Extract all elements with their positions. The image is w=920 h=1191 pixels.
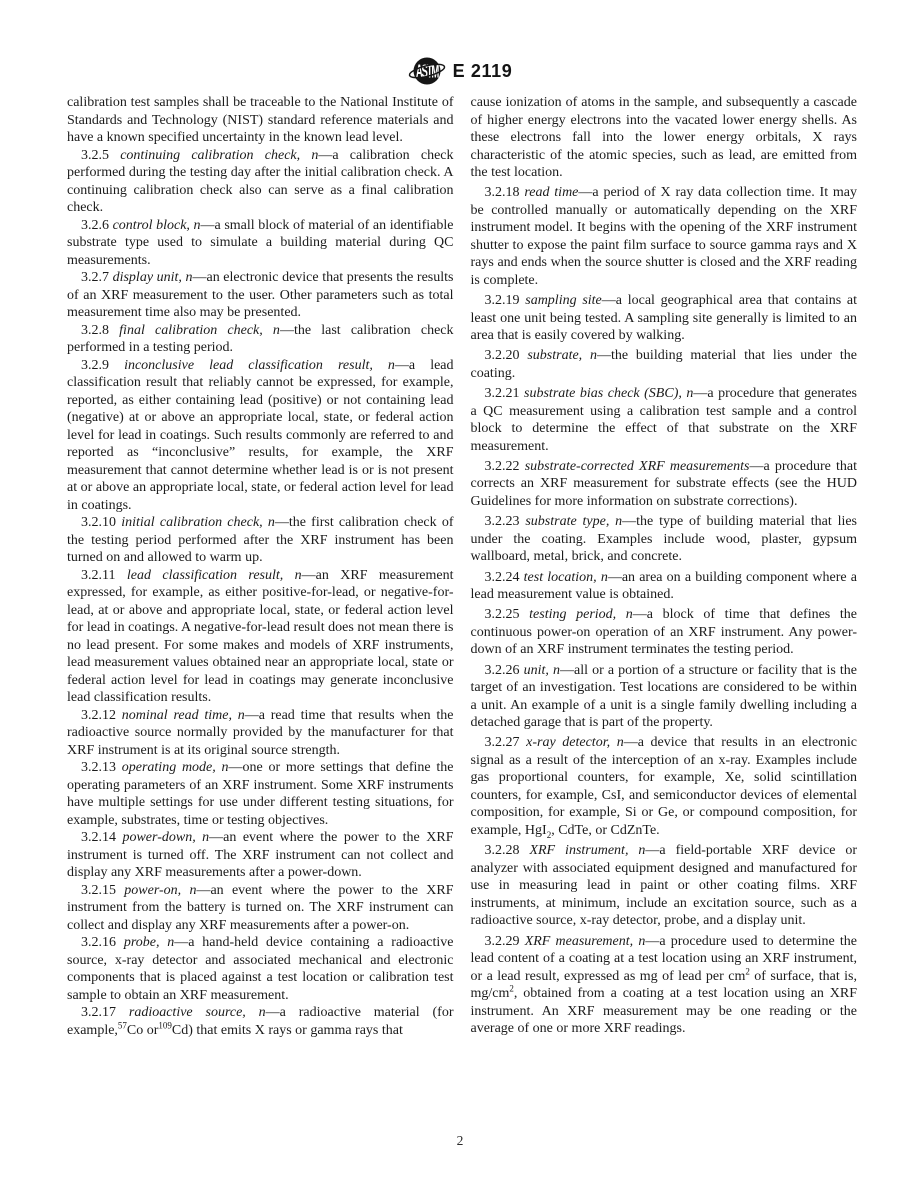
paragraph: 3.2.20 substrate, n—the building materia… bbox=[471, 347, 858, 382]
paragraph: cause ionization of atoms in the sample,… bbox=[471, 94, 858, 182]
paragraph: 3.2.17 radioactive source, n—a radioacti… bbox=[67, 1004, 454, 1039]
paragraph: 3.2.15 power-on, n—an event where the po… bbox=[67, 882, 454, 935]
paragraph: 3.2.25 testing period, n—a block of time… bbox=[471, 606, 858, 659]
paragraph: 3.2.21 substrate bias check (SBC), n—a p… bbox=[471, 385, 858, 455]
paragraph: 3.2.5 continuing calibration check, n—a … bbox=[67, 147, 454, 217]
page-footer: 2 bbox=[0, 1133, 920, 1149]
paragraph: 3.2.24 test location, n—an area on a bui… bbox=[471, 569, 858, 604]
paragraph: 3.2.10 initial calibration check, n—the … bbox=[67, 514, 454, 567]
paragraph: 3.2.7 display unit, n—an electronic devi… bbox=[67, 269, 454, 322]
paragraph: 3.2.27 x-ray detector, n—a device that r… bbox=[471, 734, 858, 839]
paragraph: 3.2.12 nominal read time, n—a read time … bbox=[67, 707, 454, 760]
left-column: calibration test samples shall be tracea… bbox=[67, 94, 454, 1040]
paragraph: 3.2.22 substrate-corrected XRF measureme… bbox=[471, 458, 858, 511]
document-number: E 2119 bbox=[453, 61, 513, 82]
paragraph: 3.2.18 read time—a period of X ray data … bbox=[471, 184, 858, 289]
body-columns: calibration test samples shall be tracea… bbox=[67, 94, 857, 1040]
document-page: ASTM E 2119 calibration test samples sha… bbox=[0, 0, 920, 1191]
paragraph: 3.2.13 operating mode, n—one or more set… bbox=[67, 759, 454, 829]
paragraph: 3.2.23 substrate type, n—the type of bui… bbox=[471, 513, 858, 566]
paragraph: 3.2.19 sampling site—a local geographica… bbox=[471, 292, 858, 345]
paragraph: 3.2.8 final calibration check, n—the las… bbox=[67, 322, 454, 357]
paragraph: 3.2.16 probe, n—a hand-held device conta… bbox=[67, 934, 454, 1004]
right-column: cause ionization of atoms in the sample,… bbox=[471, 94, 858, 1040]
paragraph: 3.2.29 XRF measurement, n—a procedure us… bbox=[471, 933, 858, 1038]
paragraph: 3.2.14 power-down, n—an event where the … bbox=[67, 829, 454, 882]
page-header: ASTM E 2119 bbox=[0, 55, 920, 87]
paragraph: calibration test samples shall be tracea… bbox=[67, 94, 454, 147]
paragraph: 3.2.9 inconclusive lead classification r… bbox=[67, 357, 454, 515]
paragraph: 3.2.6 control block, n—a small block of … bbox=[67, 217, 454, 270]
paragraph: 3.2.28 XRF instrument, n—a field-portabl… bbox=[471, 842, 858, 930]
page-number: 2 bbox=[457, 1133, 464, 1148]
paragraph: 3.2.26 unit, n—all or a portion of a str… bbox=[471, 662, 858, 732]
paragraph: 3.2.11 lead classification result, n—an … bbox=[67, 567, 454, 707]
astm-logo-icon: ASTM bbox=[408, 55, 446, 87]
